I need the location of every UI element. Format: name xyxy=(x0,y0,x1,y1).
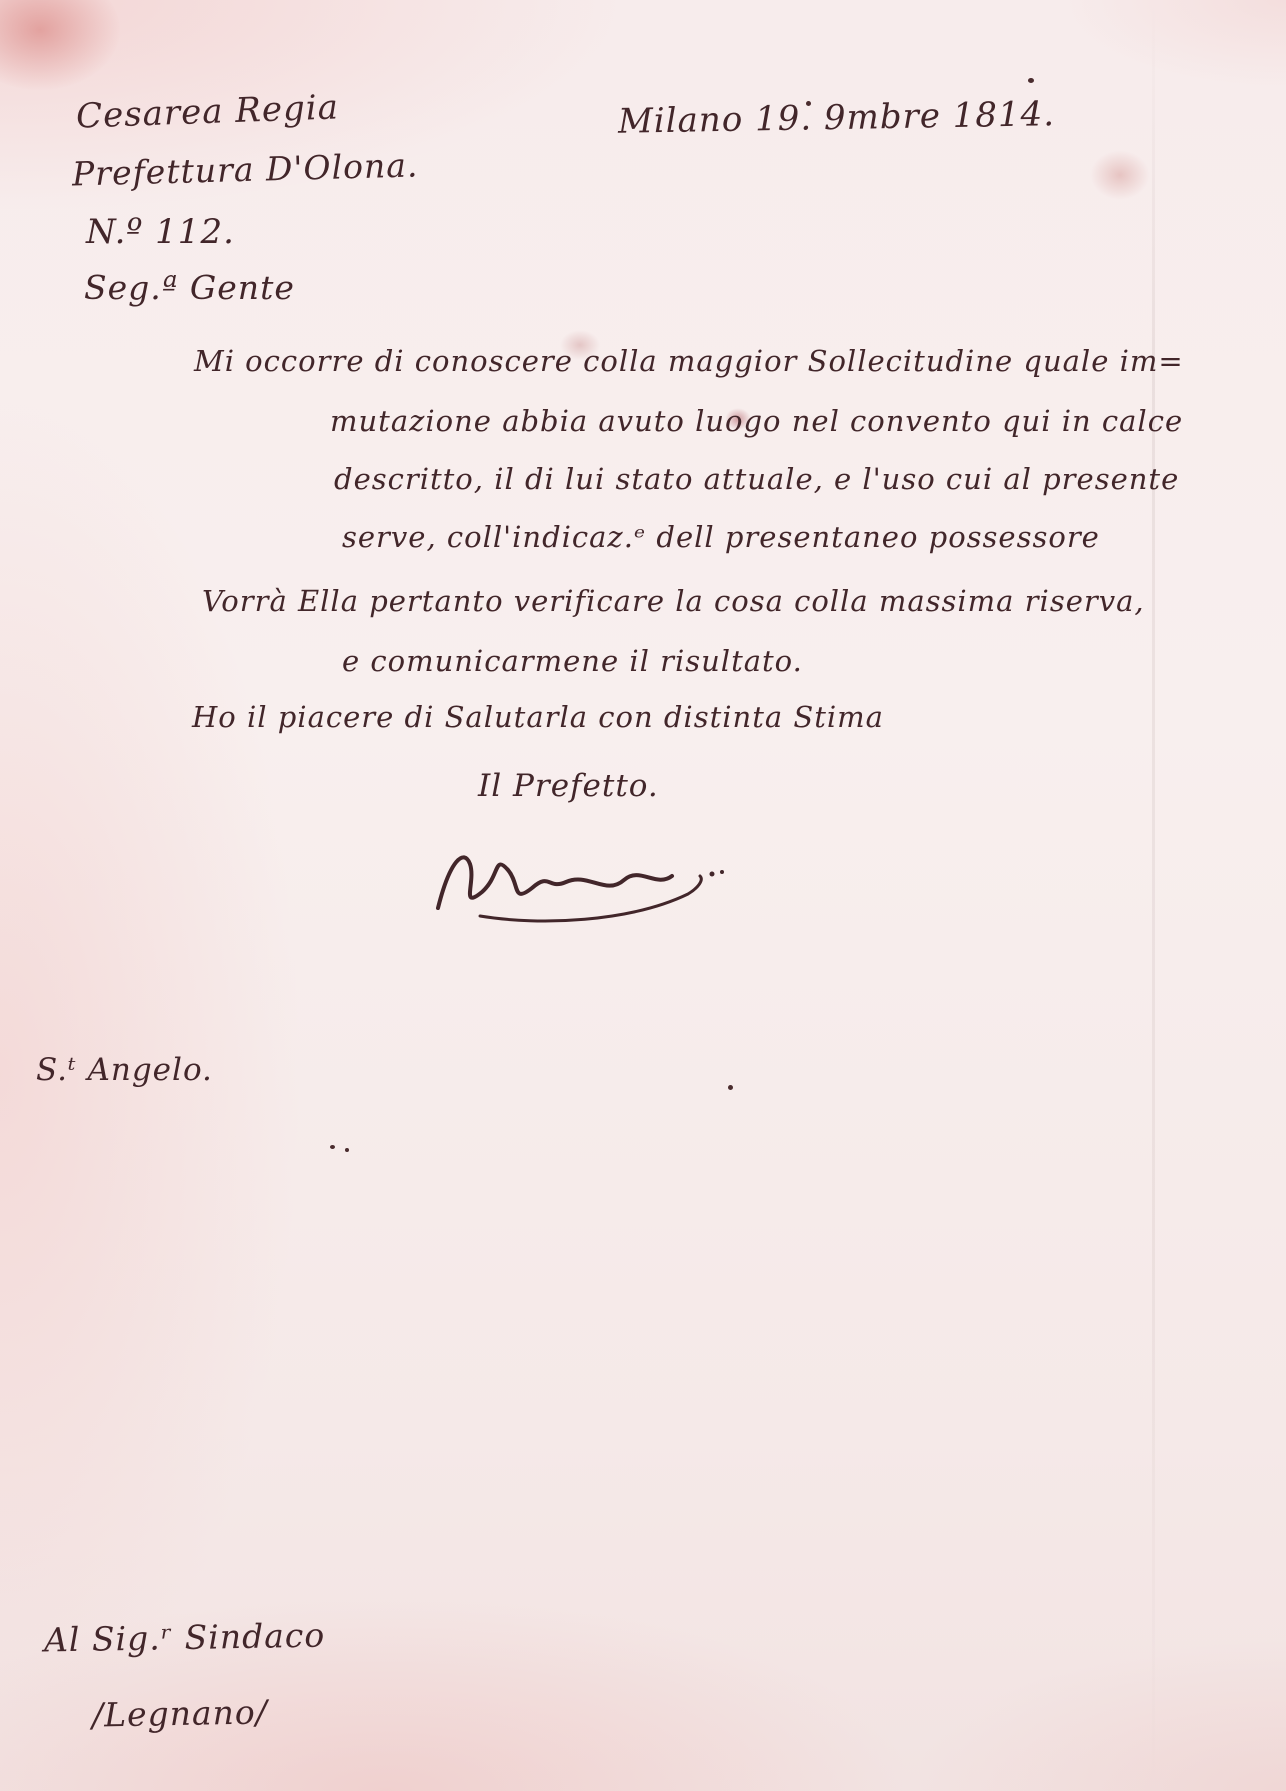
recipient-place: /Legnano/ xyxy=(92,1692,269,1734)
paper-stain xyxy=(1090,150,1150,200)
ink-speck xyxy=(330,1145,335,1149)
body-line: descritto, il di lui stato attuale, e l'… xyxy=(334,462,1179,496)
letterhead-authority: Cesarea Regia xyxy=(75,87,339,136)
body-line: serve, coll'indicaz.ᵉ dell presentaneo p… xyxy=(342,520,1100,554)
ink-speck xyxy=(1028,78,1034,83)
marginal-note-location: S.ᵗ Angelo. xyxy=(36,1052,213,1088)
body-line: Ho il piacere di Salutarla con distinta … xyxy=(192,700,884,734)
section-label: Seg.ª Gente xyxy=(84,268,295,307)
protocol-number: N.º 112. xyxy=(86,212,235,252)
body-line: e comunicarmene il risultato. xyxy=(342,644,803,678)
dateline: Milano 19. 9mbre 1814. xyxy=(618,94,1056,142)
body-line: mutazione abbia avuto luogo nel convento… xyxy=(330,404,1183,438)
body-line: Vorrà Ella pertanto verificare la cosa c… xyxy=(202,584,1145,618)
signature-flourish xyxy=(420,830,750,940)
letterhead-office: Prefettura D'Olona. xyxy=(72,145,419,193)
ink-speck xyxy=(345,1148,349,1152)
recipient-line: Al Sig.ʳ Sindaco xyxy=(44,1616,326,1660)
letter-page: Cesarea Regia Prefettura D'Olona. N.º 11… xyxy=(0,0,1286,1791)
ink-speck xyxy=(728,1085,733,1090)
closing-title: Il Prefetto. xyxy=(478,768,659,804)
paper-crease xyxy=(1152,0,1155,1791)
body-line: Mi occorre di conoscere colla maggior So… xyxy=(194,344,1184,378)
paper-stain xyxy=(0,0,120,90)
